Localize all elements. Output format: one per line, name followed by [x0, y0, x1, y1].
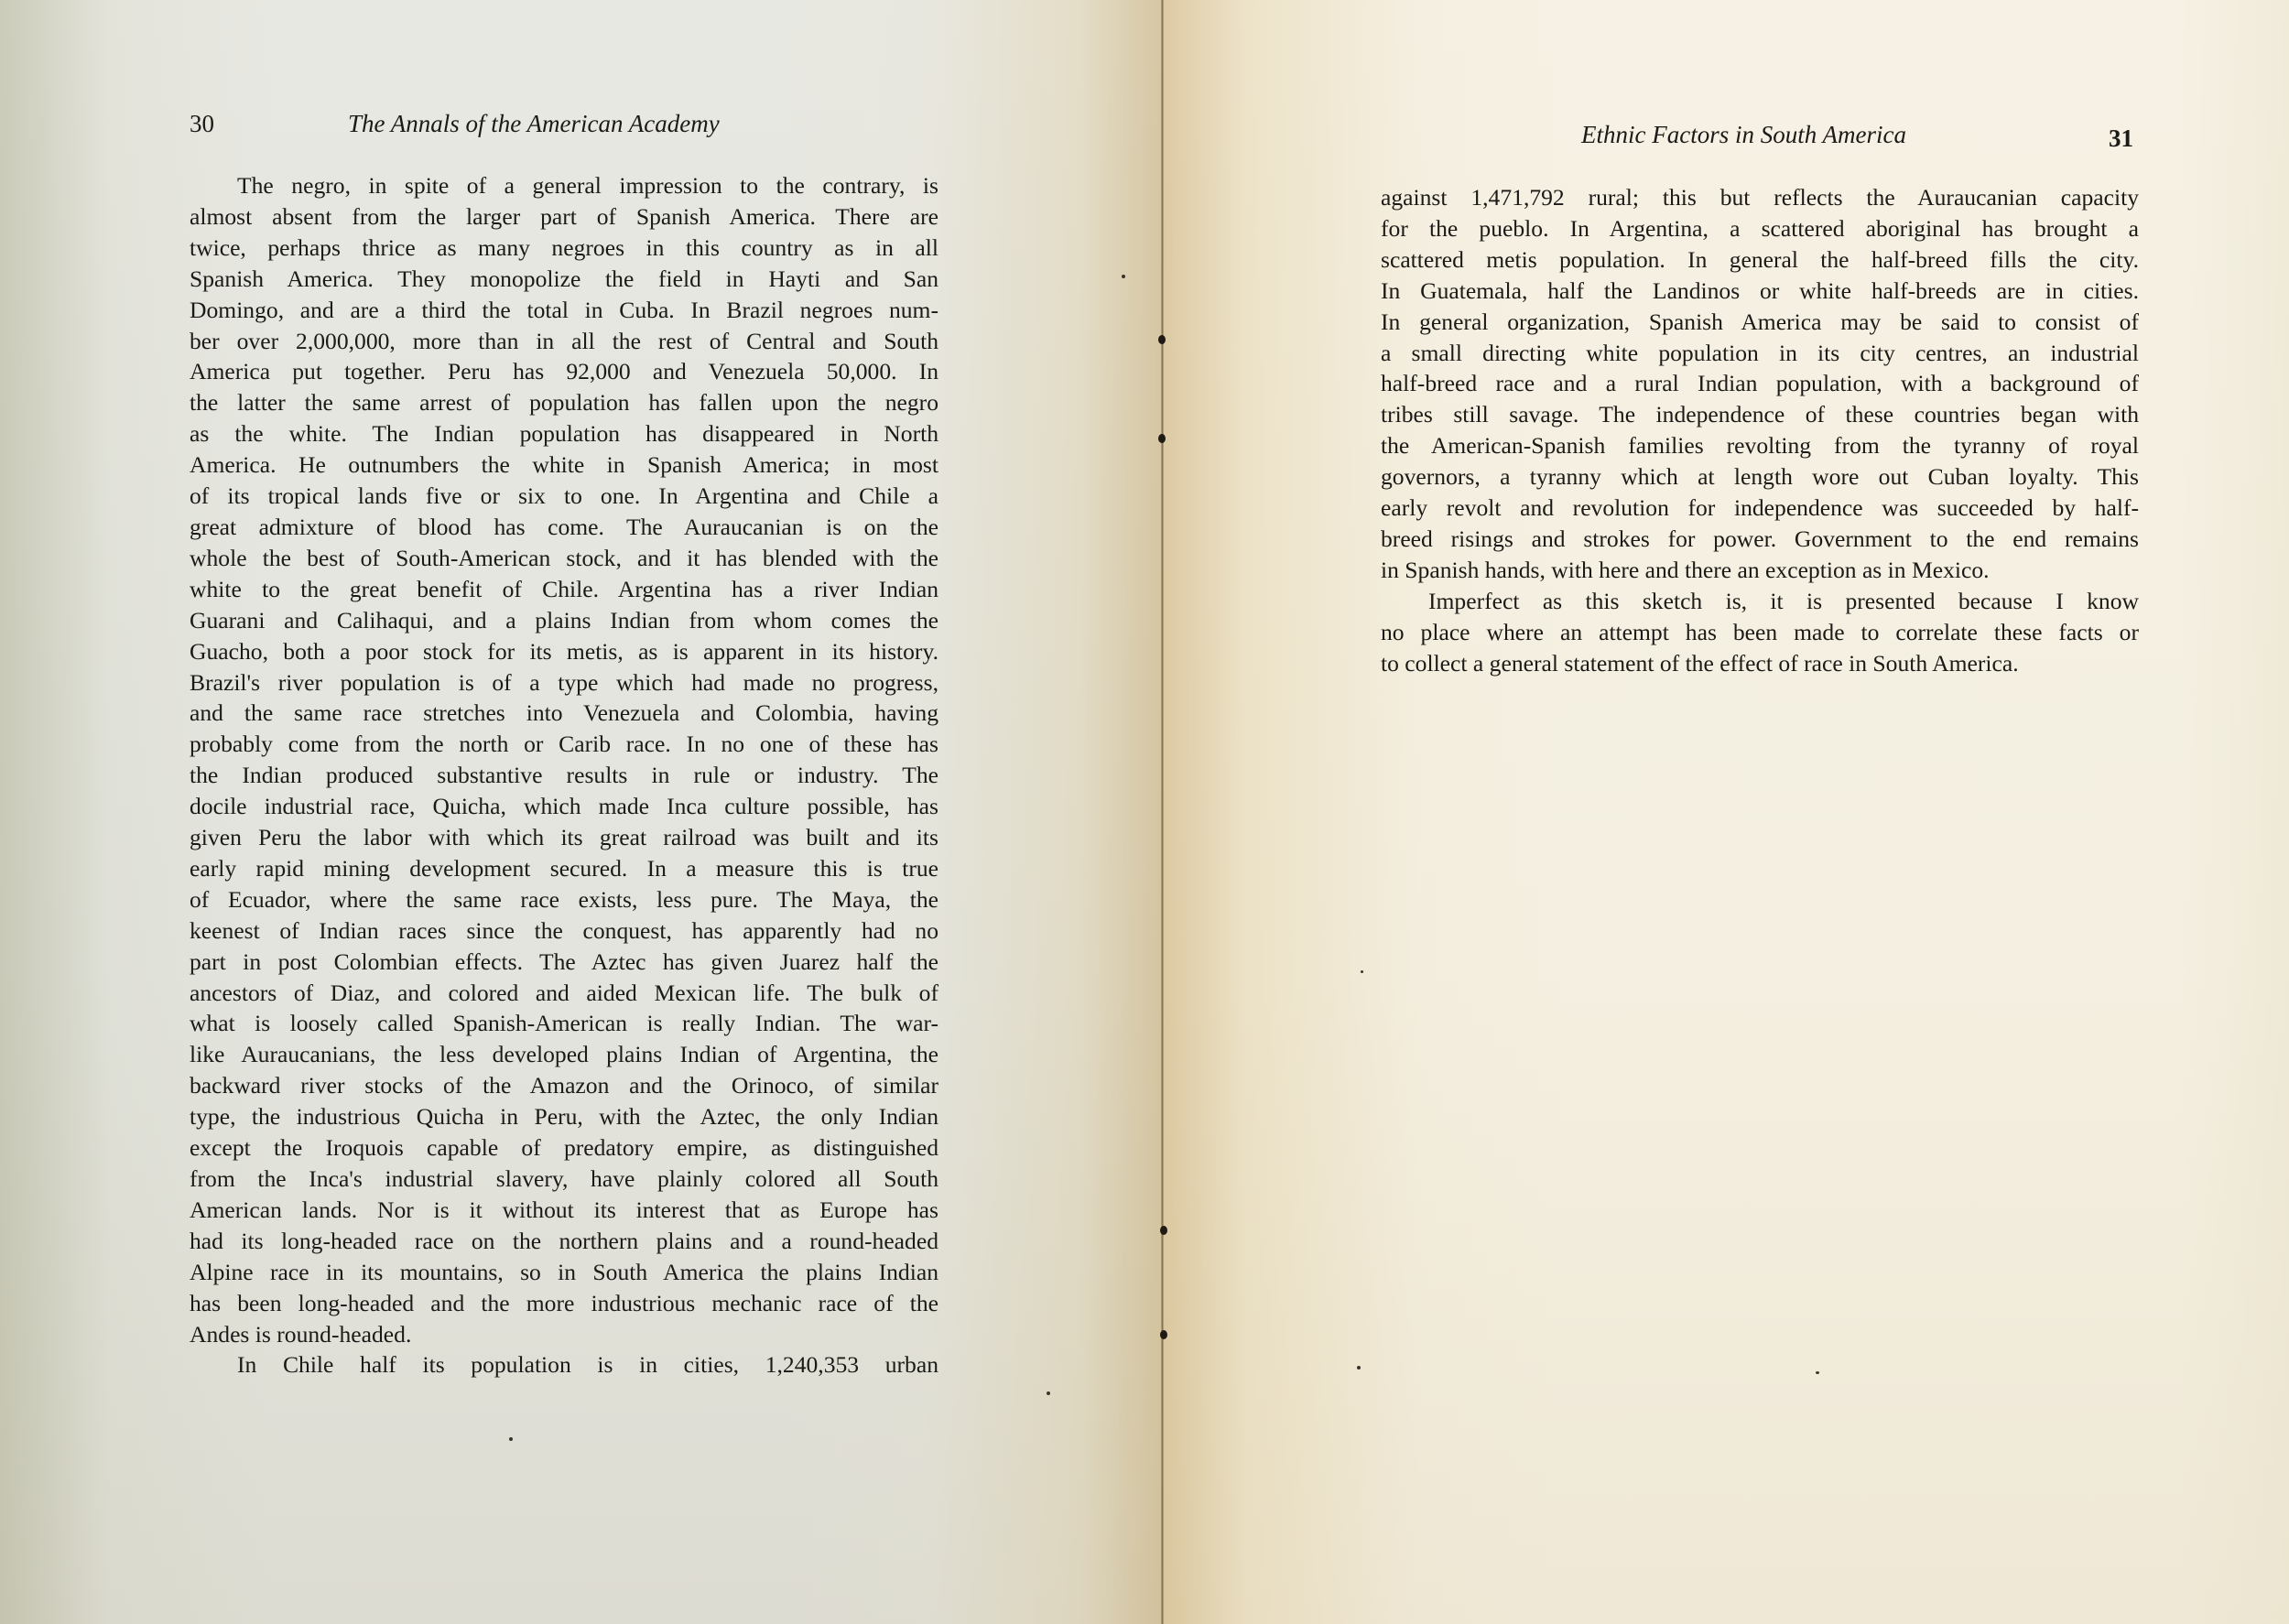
text-line: in Spanish hands, with here and there an… — [1381, 555, 2139, 586]
text-line: had its long-headed race on the northern… — [190, 1226, 938, 1257]
text-line: keenest of Indian races since the conque… — [190, 915, 938, 947]
running-title-left: The Annals of the American Academy — [348, 110, 720, 138]
page-number-left: 30 — [190, 110, 214, 138]
text-line: almost absent from the larger part of Sp… — [190, 201, 938, 233]
text-line: ancestors of Diaz, and colored and aided… — [190, 978, 938, 1009]
text-line: and the same race stretches into Venezue… — [190, 698, 938, 729]
paragraph: In Chile half its population is in citie… — [190, 1349, 938, 1380]
paper-speck — [509, 1437, 513, 1441]
text-line: whole the best of South-American stock, … — [190, 543, 938, 574]
text-line: Andes is round-headed. — [190, 1319, 938, 1350]
text-line: Domingo, and are a third the total in Cu… — [190, 295, 938, 326]
left-page: 30 The Annals of the American Academy Th… — [0, 0, 1163, 1624]
binding-staple — [1160, 1226, 1167, 1235]
text-line: as the white. The Indian population has … — [190, 418, 938, 449]
text-line: the American-Spanish families revolting … — [1381, 430, 2139, 461]
paragraph: The negro, in spite of a general impress… — [190, 170, 938, 1349]
right-page-body: against 1,471,792 rural; this but reflec… — [1381, 182, 2139, 679]
binding-staple — [1158, 335, 1166, 344]
text-line: tribes still savage. The independence of… — [1381, 399, 2139, 430]
paper-speck — [1357, 1366, 1361, 1370]
paper-speck — [1361, 970, 1363, 973]
text-line: white to the great benefit of Chile. Arg… — [190, 574, 938, 605]
paragraph: Imperfect as this sketch is, it is prese… — [1381, 586, 2139, 679]
text-line: Brazil's river population is of a type w… — [190, 667, 938, 698]
text-line: no place where an attempt has been made … — [1381, 617, 2139, 648]
text-line: Guarani and Calihaqui, and a plains Indi… — [190, 605, 938, 636]
text-line: type, the industrious Quicha in Peru, wi… — [190, 1101, 938, 1132]
paper-speck — [1047, 1391, 1050, 1395]
text-line: given Peru the labor with which its grea… — [190, 822, 938, 853]
text-line: the latter the same arrest of population… — [190, 387, 938, 418]
text-line: America put together. Peru has 92,000 an… — [190, 356, 938, 387]
text-line: Guacho, both a poor stock for its metis,… — [190, 636, 938, 667]
text-line: against 1,471,792 rural; this but reflec… — [1381, 182, 2139, 213]
book-spine — [1161, 0, 1164, 1624]
text-line: to collect a general statement of the ef… — [1381, 648, 2139, 679]
text-line: governors, a tyranny which at length wor… — [1381, 461, 2139, 493]
right-page: Ethnic Factors in South America 31 again… — [1163, 0, 2289, 1624]
paper-speck — [1816, 1371, 1819, 1374]
text-line: Imperfect as this sketch is, it is prese… — [1381, 586, 2139, 617]
binding-staple — [1158, 434, 1166, 443]
text-line: early revolt and revolution for independ… — [1381, 493, 2139, 524]
paper-speck — [1122, 275, 1125, 278]
text-line: The negro, in spite of a general impress… — [190, 170, 938, 201]
text-line: from the Inca's industrial slavery, have… — [190, 1164, 938, 1195]
text-line: like Auraucanians, the less developed pl… — [190, 1039, 938, 1070]
text-line: probably come from the north or Carib ra… — [190, 729, 938, 760]
text-line: twice, perhaps thrice as many negroes in… — [190, 233, 938, 264]
text-line: early rapid mining development secured. … — [190, 853, 938, 884]
text-line: scattered metis population. In general t… — [1381, 244, 2139, 276]
left-page-body: The negro, in spite of a general impress… — [190, 170, 938, 1380]
text-line: Spanish America. They monopolize the fie… — [190, 264, 938, 295]
text-line: half-breed race and a rural Indian popul… — [1381, 368, 2139, 399]
text-line: America. He outnumbers the white in Span… — [190, 449, 938, 481]
text-line: for the pueblo. In Argentina, a scattere… — [1381, 213, 2139, 244]
binding-staple — [1160, 1330, 1167, 1339]
text-line: of Ecuador, where the same race exists, … — [190, 884, 938, 915]
text-line: has been long-headed and the more indust… — [190, 1288, 938, 1319]
running-title-right: Ethnic Factors in South America — [1581, 121, 1906, 149]
text-line: what is loosely called Spanish-American … — [190, 1008, 938, 1039]
text-line: backward river stocks of the Amazon and … — [190, 1070, 938, 1101]
text-line: a small directing white population in it… — [1381, 338, 2139, 369]
text-line: breed risings and strokes for power. Gov… — [1381, 524, 2139, 555]
text-line: American lands. Nor is it without its in… — [190, 1195, 938, 1226]
text-line: In Guatemala, half the Landinos or white… — [1381, 276, 2139, 307]
text-line: except the Iroquois capable of predatory… — [190, 1132, 938, 1164]
text-line: of its tropical lands five or six to one… — [190, 481, 938, 512]
text-line: the Indian produced substantive results … — [190, 760, 938, 791]
text-line: great admixture of blood has come. The A… — [190, 512, 938, 543]
text-line: Alpine race in its mountains, so in Sout… — [190, 1257, 938, 1288]
text-line: ber over 2,000,000, more than in all the… — [190, 326, 938, 357]
text-line: In general organization, Spanish America… — [1381, 307, 2139, 338]
text-line: part in post Colombian effects. The Azte… — [190, 947, 938, 978]
text-line: docile industrial race, Quicha, which ma… — [190, 791, 938, 822]
text-line: In Chile half its population is in citie… — [190, 1349, 938, 1380]
page-number-right: 31 — [2109, 125, 2133, 153]
paragraph: against 1,471,792 rural; this but reflec… — [1381, 182, 2139, 586]
